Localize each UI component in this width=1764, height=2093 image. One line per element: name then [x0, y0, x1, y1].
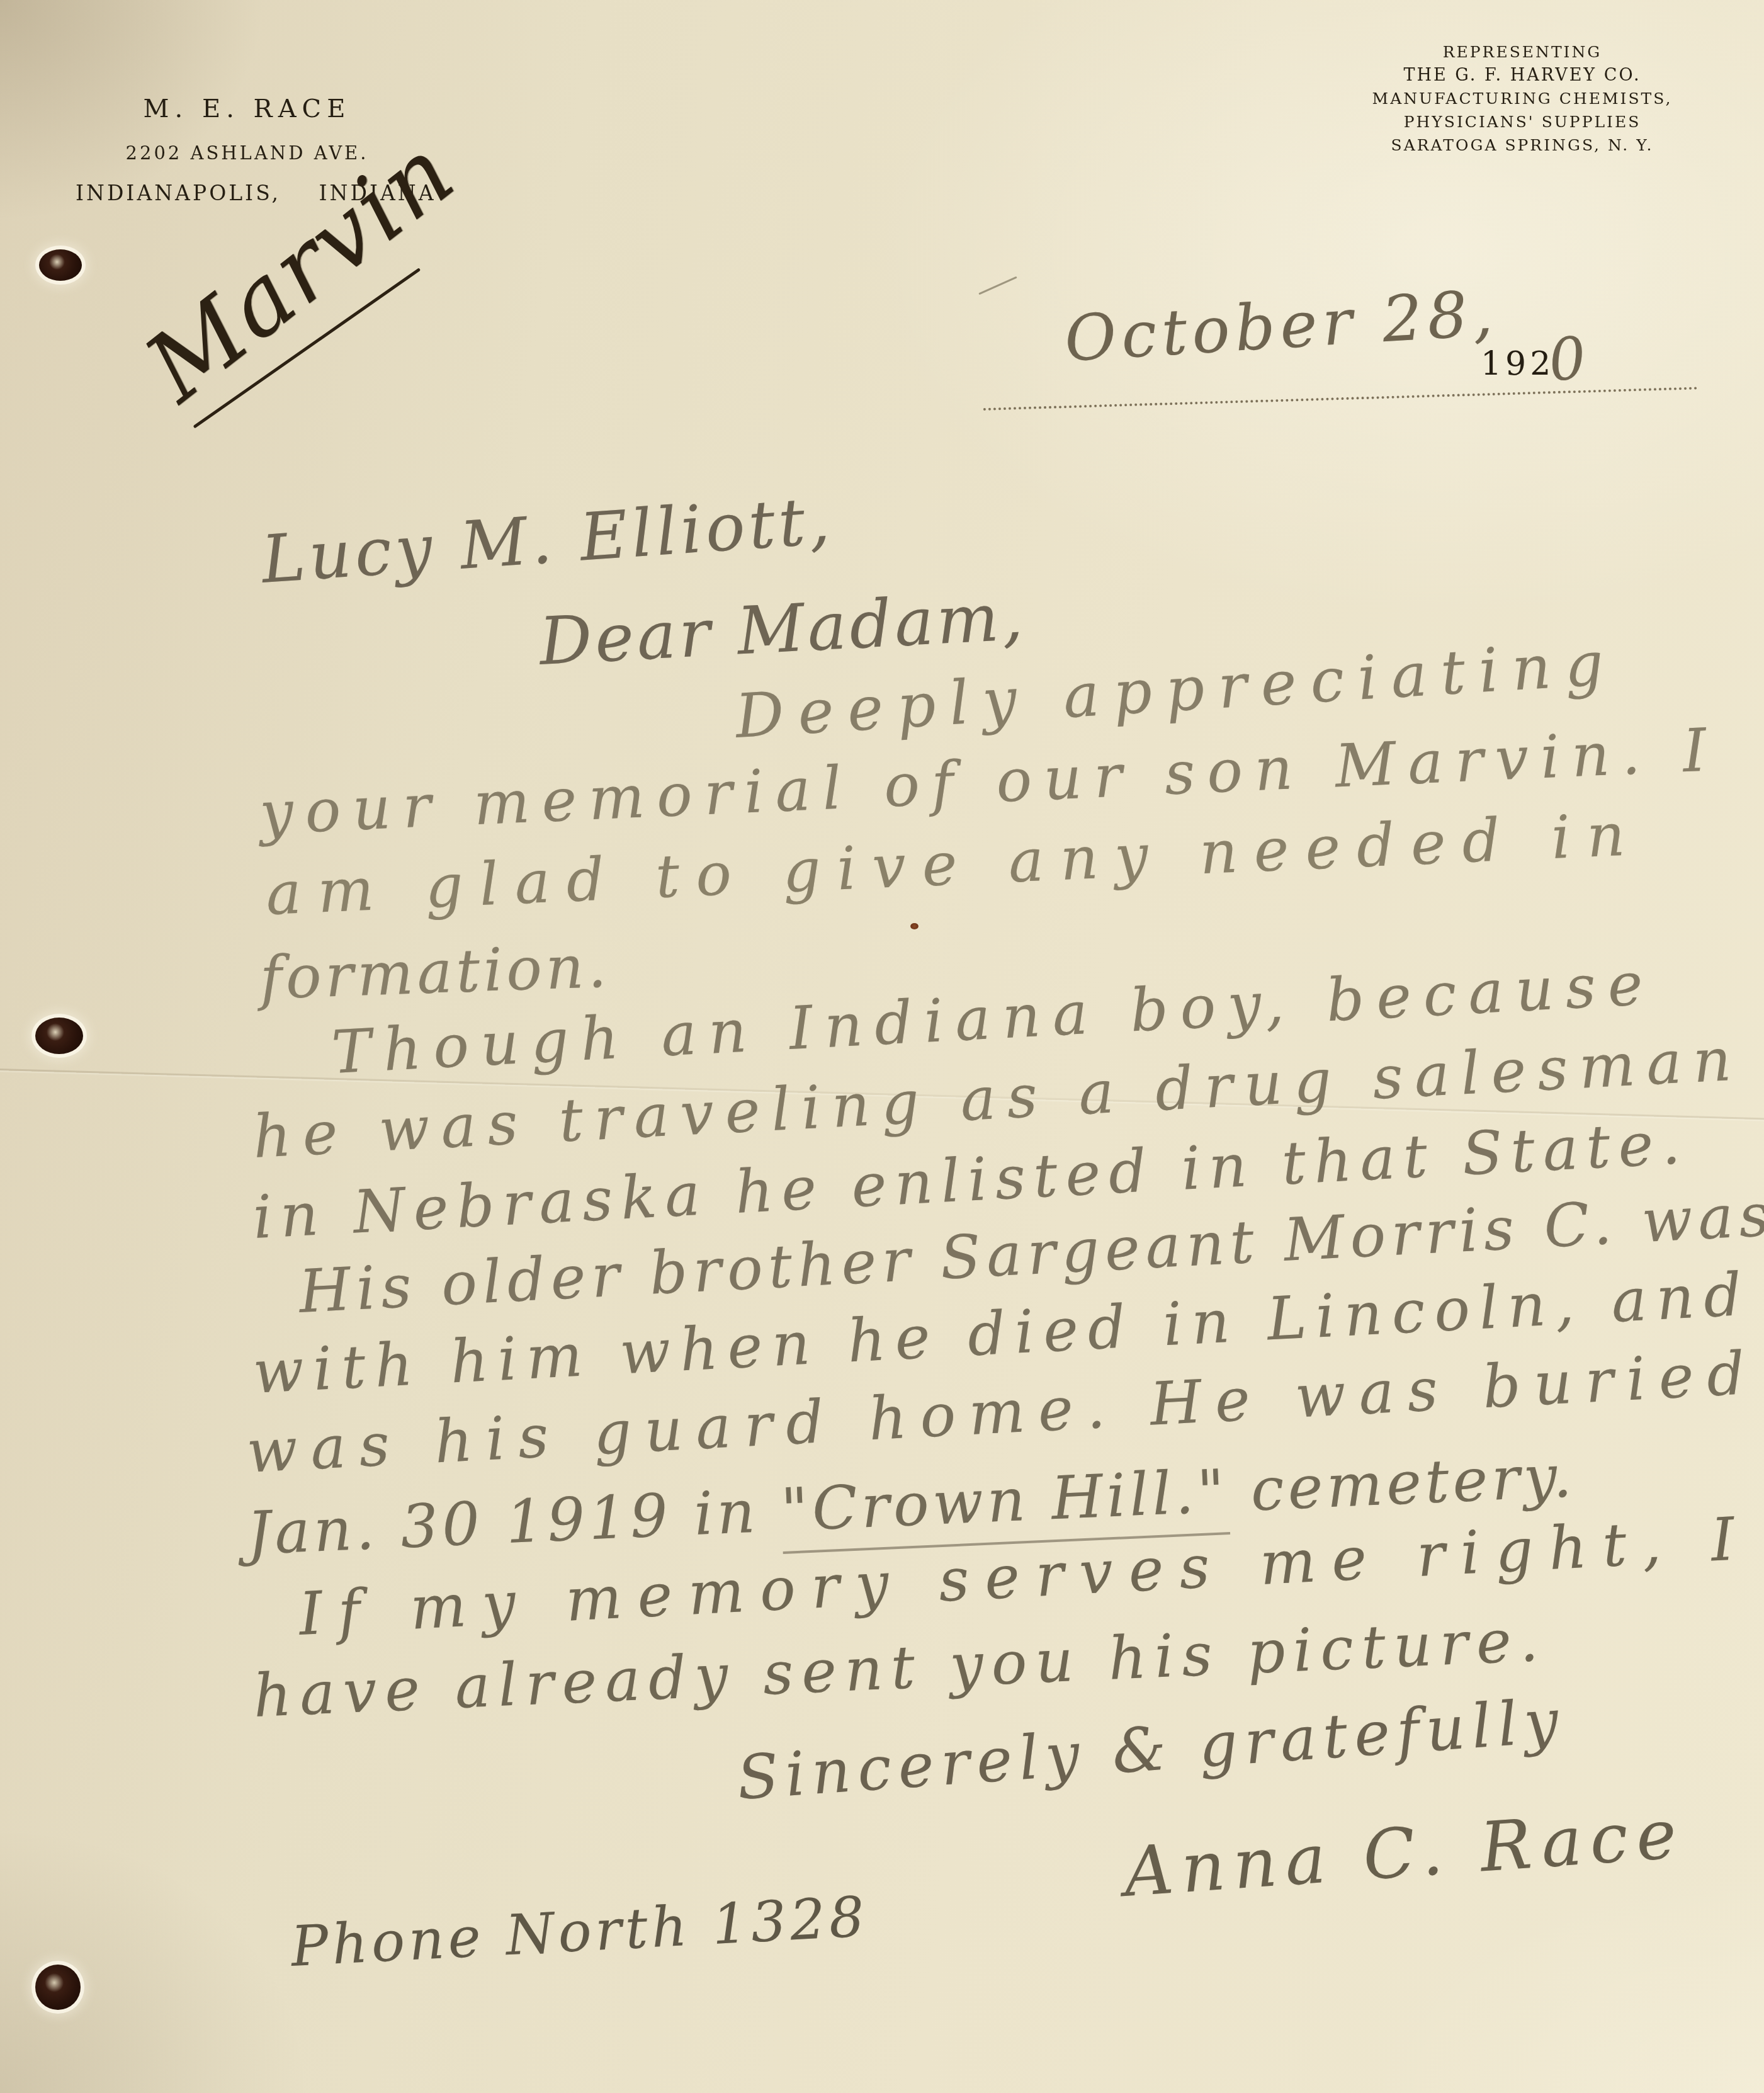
- salutation-line: Dear Madam,: [538, 578, 1028, 680]
- stray-pencil-mark: [978, 276, 1017, 295]
- letterhead-representing: REPRESENTING: [1333, 40, 1711, 64]
- letterhead-location: SARATOGA SPRINGS, N. Y.: [1333, 133, 1711, 157]
- paper-fleck: [910, 923, 919, 929]
- punch-hole: [35, 1018, 83, 1054]
- burial-suffix: cemetery.: [1227, 1442, 1577, 1526]
- letter-page: M. E. RACE 2202 ASHLAND AVE. INDIANAPOLI…: [0, 0, 1764, 2093]
- letterhead-business-line: MANUFACTURING CHEMISTS,: [1333, 87, 1711, 110]
- letterhead-right: REPRESENTING THE G. F. HARVEY CO. MANUFA…: [1333, 40, 1711, 157]
- signature: Anna C. Race: [1121, 1795, 1687, 1912]
- punch-hole: [39, 249, 82, 281]
- punch-hole: [35, 1965, 81, 2010]
- body-line: formation.: [259, 933, 611, 1013]
- date-handwritten: October 28,: [1063, 276, 1500, 376]
- letterhead-business-line: PHYSICIANS' SUPPLIES: [1333, 110, 1711, 133]
- letterhead-company: THE G. F. HARVEY CO.: [1333, 64, 1711, 87]
- recipient-line: Lucy M. Elliott,: [259, 482, 835, 598]
- letterhead-name: M. E. RACE: [76, 94, 419, 123]
- phone-note: Phone North 1328: [290, 1884, 870, 1979]
- burial-prefix: Jan. 30 1919 in: [246, 1477, 783, 1568]
